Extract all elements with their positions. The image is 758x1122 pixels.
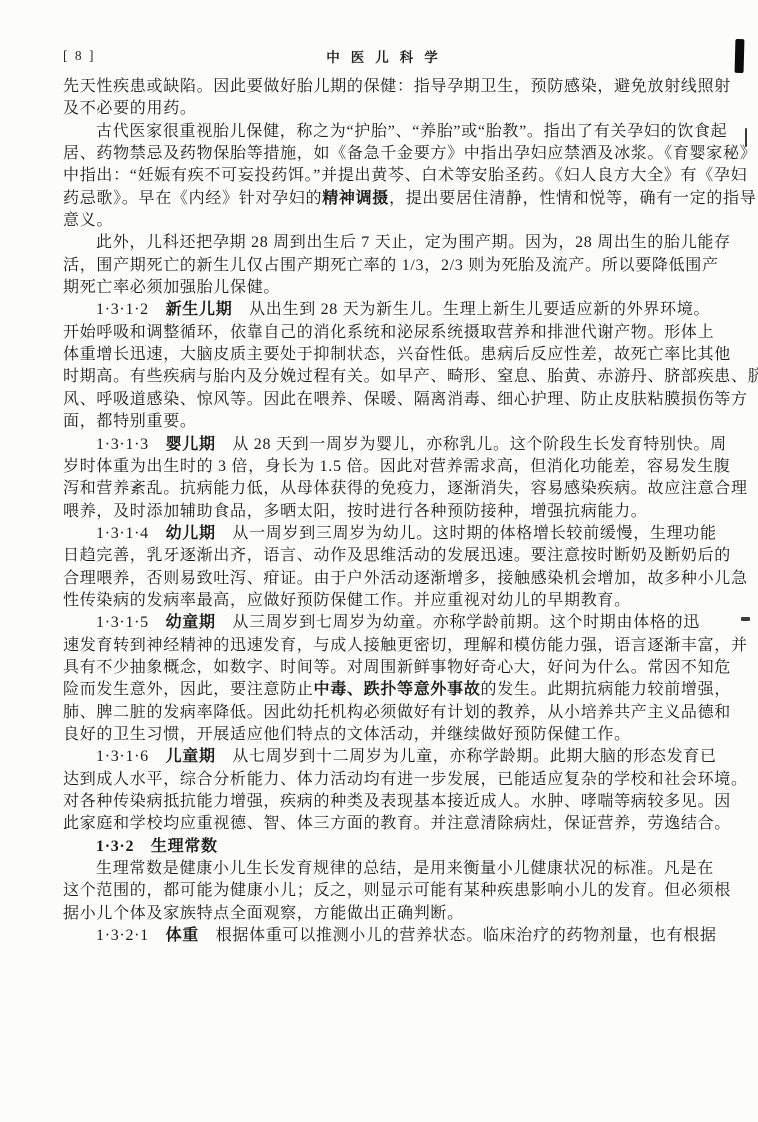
- body-text: ，提出要居住清静，性情和悦等，确有一定的指导: [389, 190, 756, 207]
- body-text: 根据体重可以推测小儿的营养状态。临床治疗的药物剂量，也有根据: [199, 927, 717, 944]
- body-text: 从七周岁到十二周岁为儿童，亦称学龄期。此期大脑的形态发育已: [216, 748, 717, 765]
- body-text: 据小儿个体及家族特点全面观察，方能做出正确判断。: [63, 905, 464, 922]
- body-text: 此家庭和学校均应重视德、智、体三方面的教育。并注意清除病灶，保证营养，劳逸结合。: [63, 815, 731, 832]
- body-text: 的发生。此期抗病能力较前增强，: [481, 681, 732, 698]
- text-line-22: 日趋完善，乳牙逐渐出齐，语言、动作及思维活动的发展迅速。要注意按时断奶及断奶后的: [63, 545, 708, 567]
- body-text: 从出生到 28 天为新生儿。生理上新生儿要适应新的外界环境。: [232, 301, 710, 318]
- body-text: 药忌歌》。早在《内经》针对孕妇的: [63, 190, 322, 207]
- emphasized-term: 幼童期: [166, 614, 216, 631]
- emphasized-term: 体重: [166, 927, 199, 944]
- scan-artifact-ink-blot: [735, 39, 745, 73]
- text-line-19: 泻和营养紊乱。抗病能力低，从母体获得的免疫力，逐渐消失，容易感染疾病。故应注意合…: [63, 478, 708, 500]
- body-text: 1·3·1·3: [96, 436, 166, 453]
- body-text: 日趋完善，乳牙逐渐出齐，语言、动作及思维活动的发展迅速。要注意按时断奶及断奶后的: [63, 547, 731, 564]
- text-line-10: 期死亡率必须加强胎儿保健。: [63, 277, 708, 299]
- body-text: 1·3·1·2: [96, 301, 166, 318]
- body-text: 生理常数是健康小儿生长发育规律的总结，是用来衡量小儿健康状况的标准。凡是在: [96, 860, 714, 877]
- body-text: 泻和营养紊乱。抗病能力低，从母体获得的免疫力，逐渐消失，容易感染疾病。故应注意合…: [63, 480, 748, 497]
- body-text: 居、药物禁忌及药物保胎等措施，如《备急千金要方》中指出孕妇应禁酒及冰浆。《育婴家…: [63, 145, 756, 162]
- body-text: 1·3·1·5: [96, 614, 166, 631]
- body-text: 此外，儿科还把孕期 28 周到出生后 7 天止，定为围产期。因为，28 周出生的…: [96, 234, 731, 251]
- body-text: 意义。: [63, 212, 113, 229]
- text-line-7: 意义。: [63, 210, 708, 232]
- text-line-9: 活，围产期死亡的新生儿仅占围产期死亡率的 1/3，2/3 则为死胎及流产。所以要…: [63, 255, 708, 277]
- text-line-35: 1·3·2 生理常数: [63, 836, 708, 858]
- text-line-20: 喂养，及时添加辅助食品，多晒太阳，按时进行各种预防接种，增强抗病能力。: [63, 501, 708, 523]
- emphasized-term: 幼儿期: [166, 525, 216, 542]
- body-text: 合理喂养，否则易致吐泻、疳证。由于户外活动逐渐增多，接触感染机会增加，故多种小儿…: [63, 570, 748, 587]
- body-text: 良好的卫生习惯，开展适应他们特点的文体活动，并继续做好预防保健工作。: [63, 726, 631, 743]
- body-text: 风、呼吸道感染、惊风等。因此在喂养、保暖、隔离消毒、细心护理、防止皮肤粘膜损伤等…: [63, 391, 748, 408]
- text-line-24: 性传染病的发病率最高，应做好预防保健工作。并应重视对幼儿的早期教育。: [63, 590, 708, 612]
- emphasized-term: 1·3·2 生理常数: [96, 838, 218, 855]
- emphasized-term: 新生儿期: [166, 301, 233, 318]
- text-line-26: 速发育转到神经精神的迅速发育，与成人接触更密切，理解和模仿能力强，语言逐渐丰富，…: [63, 635, 708, 657]
- text-line-14: 时期高。有些疾病与胎内及分娩过程有关。如早产、畸形、窒息、胎黄、赤游丹、脐部疾患…: [63, 366, 708, 388]
- body-text: 性传染病的发病率最高，应做好预防保健工作。并应重视对幼儿的早期教育。: [63, 592, 631, 609]
- body-text: 1·3·1·6: [96, 748, 166, 765]
- body-text: 速发育转到神经精神的迅速发育，与成人接触更密切，理解和模仿能力强，语言逐渐丰富，…: [63, 637, 748, 654]
- body-text: 中指出：“妊娠有疾不可妄投药饵。”并提出黄芩、白术等安胎圣药。《妇人良方大全》有…: [63, 167, 747, 184]
- scan-artifact-thin-line: [745, 128, 747, 147]
- body-text: 对各种传染病抵抗能力增强，疾病的种类及表现基本接近成人。水肿、哮喘等病较多见。因: [63, 793, 731, 810]
- text-line-3: 古代医家很重视胎儿保健，称之为“护胎”、“养胎”或“胎教”。指出了有关孕妇的饮食…: [63, 121, 708, 143]
- text-line-5: 中指出：“妊娠有疾不可妄投药饵。”并提出黄芩、白术等安胎圣药。《妇人良方大全》有…: [63, 165, 708, 187]
- scanned-book-page: [ 8 ] 中医儿科学 先天性疾患或缺陷。因此要做好胎儿期的保健：指导孕期卫生，…: [0, 0, 758, 1122]
- text-line-15: 风、呼吸道感染、惊风等。因此在喂养、保暖、隔离消毒、细心护理、防止皮肤粘膜损伤等…: [63, 389, 708, 411]
- body-text: 从一周岁到三周岁为幼儿。这时期的体格增长较前缓慢，生理功能: [216, 525, 717, 542]
- body-text: 肺、脾二脏的发病率降低。因此幼托机构必须做好有计划的教养，从小培养共产主义品德和: [63, 704, 731, 721]
- text-line-30: 良好的卫生习惯，开展适应他们特点的文体活动，并继续做好预防保健工作。: [63, 724, 708, 746]
- text-line-4: 居、药物禁忌及药物保胎等措施，如《备急千金要方》中指出孕妇应禁酒及冰浆。《育婴家…: [63, 143, 708, 165]
- text-line-16: 面，都特别重要。: [63, 411, 708, 433]
- body-text: 险而发生意外，因此，要注意防止: [63, 681, 314, 698]
- body-text: 达到成人水平，综合分析能力、体力活动均有进一步发展，已能适应复杂的学校和社会环境…: [63, 771, 748, 788]
- emphasized-term: 精神调摄: [322, 190, 389, 207]
- body-text: 具有不少抽象概念，如数字、时间等。对周围新鲜事物好奇心大，好问为什么。常因不知危: [63, 659, 731, 676]
- text-line-34: 此家庭和学校均应重视德、智、体三方面的教育。并注意清除病灶，保证营养，劳逸结合。: [63, 813, 708, 835]
- body-text: 古代医家很重视胎儿保健，称之为“护胎”、“养胎”或“胎教”。指出了有关孕妇的饮食…: [96, 123, 727, 140]
- body-text: 活，围产期死亡的新生儿仅占围产期死亡率的 1/3，2/3 则为死胎及流产。所以要…: [63, 257, 719, 274]
- emphasized-term: 婴儿期: [166, 436, 216, 453]
- body-text: 岁时体重为出生时的 3 倍，身长为 1.5 倍。因此对营养需求高，但消化功能差，…: [63, 458, 731, 475]
- body-text: 喂养，及时添加辅助食品，多晒太阳，按时进行各种预防接种，增强抗病能力。: [63, 503, 648, 520]
- page-header: [ 8 ] 中医儿科学: [63, 46, 701, 66]
- body-text: 这个范围的，都可能为健康小儿；反之，则显示可能有某种疾患影响小儿的发育。但必须根: [63, 882, 731, 899]
- text-line-37: 这个范围的，都可能为健康小儿；反之，则显示可能有某种疾患影响小儿的发育。但必须根: [63, 880, 708, 902]
- text-line-18: 岁时体重为出生时的 3 倍，身长为 1.5 倍。因此对营养需求高，但消化功能差，…: [63, 456, 708, 478]
- body-text: 1·3·2·1: [96, 927, 166, 944]
- body-text: 从三周岁到七周岁为幼童。亦称学龄前期。这个时期由体格的迅: [216, 614, 700, 631]
- text-line-27: 具有不少抽象概念，如数字、时间等。对周围新鲜事物好奇心大，好问为什么。常因不知危: [63, 657, 708, 679]
- scan-artifact-dash: [741, 617, 750, 621]
- text-line-21: 1·3·1·4 幼儿期 从一周岁到三周岁为幼儿。这时期的体格增长较前缓慢，生理功…: [63, 523, 708, 545]
- text-line-39: 1·3·2·1 体重 根据体重可以推测小儿的营养状态。临床治疗的药物剂量，也有根…: [63, 925, 708, 947]
- body-text: 及不必要的用药。: [63, 100, 197, 117]
- text-line-31: 1·3·1·6 儿童期 从七周岁到十二周岁为儿童，亦称学龄期。此期大脑的形态发育…: [63, 746, 708, 768]
- body-text: 期死亡率必须加强胎儿保健。: [63, 279, 280, 296]
- text-line-29: 肺、脾二脏的发病率降低。因此幼托机构必须做好有计划的教养，从小培养共产主义品德和: [63, 702, 708, 724]
- text-line-28: 险而发生意外，因此，要注意防止中毒、跌扑等意外事故的发生。此期抗病能力较前增强，: [63, 679, 708, 701]
- text-line-32: 达到成人水平，综合分析能力、体力活动均有进一步发展，已能适应复杂的学校和社会环境…: [63, 769, 708, 791]
- text-line-11: 1·3·1·2 新生儿期 从出生到 28 天为新生儿。生理上新生儿要适应新的外界…: [63, 299, 708, 321]
- body-text: 开始呼吸和调整循环，依靠自己的消化系统和泌尿系统摄取营养和排泄代谢产物。形体上: [63, 324, 714, 341]
- emphasized-term: 儿童期: [166, 748, 216, 765]
- text-line-1: 先天性疾患或缺陷。因此要做好胎儿期的保健：指导孕期卫生，预防感染，避免放射线照射: [63, 76, 708, 98]
- body-text: 先天性疾患或缺陷。因此要做好胎儿期的保健：指导孕期卫生，预防感染，避免放射线照射: [63, 78, 731, 95]
- body-text: 体重增长迅速，大脑皮质主要处于抑制状态，兴奋性低。患病后反应性差，故死亡率比其他: [63, 346, 731, 363]
- emphasized-term: 中毒、跌扑等意外事故: [314, 681, 481, 698]
- text-line-25: 1·3·1·5 幼童期 从三周岁到七周岁为幼童。亦称学龄前期。这个时期由体格的迅: [63, 612, 708, 634]
- text-line-6: 药忌歌》。早在《内经》针对孕妇的精神调摄，提出要居住清静，性情和悦等，确有一定的…: [63, 188, 708, 210]
- text-line-2: 及不必要的用药。: [63, 98, 708, 120]
- body-text: 面，都特别重要。: [63, 413, 197, 430]
- body-text: 时期高。有些疾病与胎内及分娩过程有关。如早产、畸形、窒息、胎黄、赤游丹、脐部疾患…: [63, 368, 758, 385]
- text-line-36: 生理常数是健康小儿生长发育规律的总结，是用来衡量小儿健康状况的标准。凡是在: [63, 858, 708, 880]
- text-line-33: 对各种传染病抵抗能力增强，疾病的种类及表现基本接近成人。水肿、哮喘等病较多见。因: [63, 791, 708, 813]
- text-line-23: 合理喂养，否则易致吐泻、疳证。由于户外活动逐渐增多，接触感染机会增加，故多种小儿…: [63, 568, 708, 590]
- text-line-13: 体重增长迅速，大脑皮质主要处于抑制状态，兴奋性低。患病后反应性差，故死亡率比其他: [63, 344, 708, 366]
- page-body-text: 先天性疾患或缺陷。因此要做好胎儿期的保健：指导孕期卫生，预防感染，避免放射线照射…: [63, 76, 708, 947]
- book-title: 中医儿科学: [63, 46, 701, 66]
- body-text: 从 28 天到一周岁为婴儿，亦称乳儿。这个阶段生长发育特别快。周: [216, 436, 727, 453]
- text-line-38: 据小儿个体及家族特点全面观察，方能做出正确判断。: [63, 903, 708, 925]
- text-line-17: 1·3·1·3 婴儿期 从 28 天到一周岁为婴儿，亦称乳儿。这个阶段生长发育特…: [63, 434, 708, 456]
- text-line-8: 此外，儿科还把孕期 28 周到出生后 7 天止，定为围产期。因为，28 周出生的…: [63, 232, 708, 254]
- body-text: 1·3·1·4: [96, 525, 166, 542]
- text-line-12: 开始呼吸和调整循环，依靠自己的消化系统和泌尿系统摄取营养和排泄代谢产物。形体上: [63, 322, 708, 344]
